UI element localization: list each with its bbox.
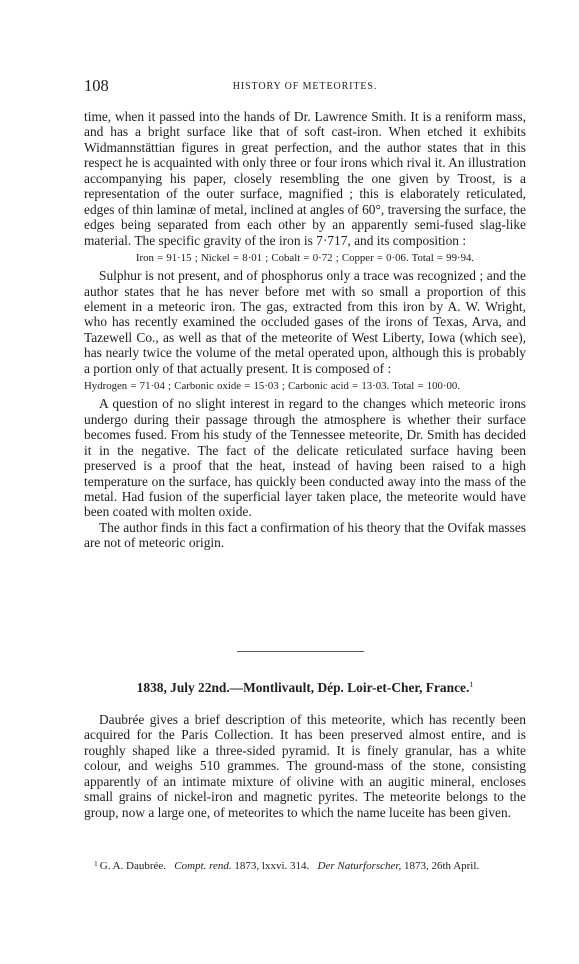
body-text: time, when it passed into the hands of D… [84, 109, 526, 551]
section-heading-text: 1838, July 22nd.—Montlivault, Dép. Loir-… [137, 680, 470, 695]
iron-composition-formula: Iron = 91·15 ; Nickel = 8·01 ; Cobalt = … [84, 250, 526, 266]
footnote-marker: 1 [94, 859, 98, 868]
paragraph-fusion-question: A question of no slight interest in rega… [84, 396, 526, 520]
paragraph-ovifak: The author finds in this fact a confirma… [84, 520, 526, 551]
footnote-source-2-ref: 1873, 26th April. [401, 860, 479, 872]
footnote-source-1-title: Compt. rend. [174, 860, 231, 872]
footnote-reference: 1 [469, 680, 473, 689]
footnote: 1G. A. Daubrée. Compt. rend. 1873, lxxvi… [84, 857, 526, 874]
footnote-source-2-title: Der Naturforscher, [318, 860, 402, 872]
gas-composition-formula: Hydrogen = 71·04 ; Carbonic oxide = 15·0… [84, 378, 526, 394]
book-page: 108 HISTORY OF METEORITES. time, when it… [0, 0, 579, 964]
running-head: 108 HISTORY OF METEORITES. [84, 76, 526, 96]
section-body: Daubrée gives a brief description of thi… [84, 712, 526, 820]
paragraph-continued: time, when it passed into the hands of D… [84, 109, 526, 248]
footnote-author: G. A. Daubrée. [100, 860, 166, 872]
running-title: HISTORY OF METEORITES. [84, 79, 526, 95]
paragraph-daubree: Daubrée gives a brief description of thi… [84, 712, 526, 820]
section-divider [237, 651, 364, 652]
section-heading: 1838, July 22nd.—Montlivault, Dép. Loir-… [84, 676, 526, 697]
footnote-source-1-ref: 1873, lxxvi. 314. [232, 860, 310, 872]
paragraph-sulphur: Sulphur is not present, and of phosphoru… [84, 268, 526, 376]
